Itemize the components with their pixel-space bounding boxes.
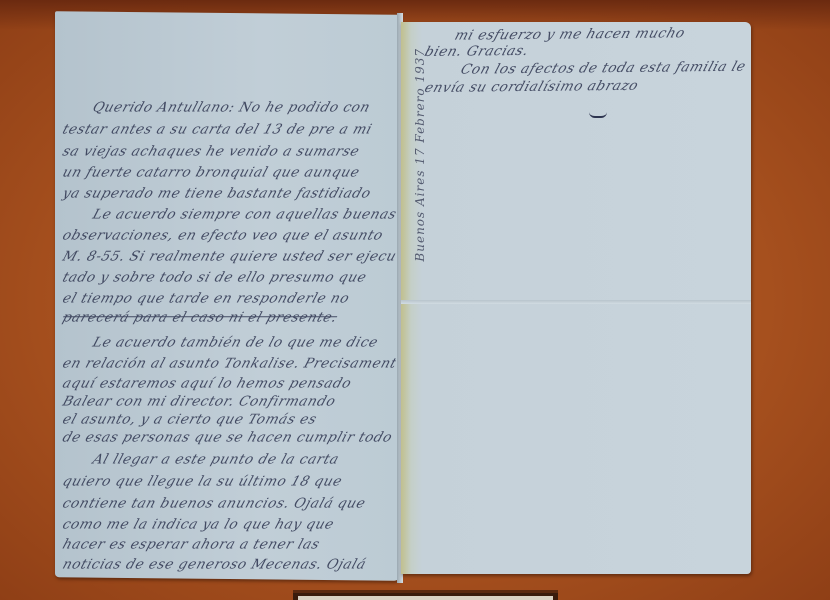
handwritten-line: ya superado me tiene bastante fastidiado [60,185,397,201]
handwritten-line: M. 8-55. Si realmente quiere usted ser e… [60,248,397,264]
handwritten-line: de esas personas que se hacen cumplir to… [60,429,397,445]
handwritten-line: como me la indica ya lo que hay que [60,516,397,532]
handwritten-line: noticias de ese generoso Mecenas. Ojalá [60,556,397,572]
vertical-date-annotation: Buenos Aires 17 Febrero 1937 [413,48,427,262]
gutter-stain [401,22,411,574]
handwritten-line: sa viejas achaques he venido a sumarse [60,143,397,159]
handwritten-line: el asunto, y a cierto que Tomás es [60,411,397,427]
handwritten-line: Querido Antullano: No he podido con [60,99,397,115]
handwritten-line: contiene tan buenos anuncios. Ojalá que [60,495,397,511]
handwritten-line: envía su cordialísimo abrazo [422,77,748,96]
handwritten-line: Le acuerdo siempre con aquellas buenas [60,206,397,222]
letter-right-page: Buenos Aires 17 Febrero 1937 mi esfuerzo… [401,22,751,574]
paper-fold-line [401,300,751,304]
handwritten-line: Con los afectos de toda esta familia le [428,59,748,78]
handwritten-line: testar antes a su carta del 13 de pre a … [60,121,397,137]
handwritten-line: quiero que llegue la su último 18 que [60,473,397,489]
placard-label [298,596,553,600]
handwritten-line-struck: parecerá para el caso ni el presente. [60,309,397,325]
handwritten-line: tado y sobre todo si de ello presumo que [60,269,397,285]
handwritten-line: un fuerte catarro bronquial que aunque [60,164,397,180]
handwritten-line: Balear con mi director. Confirmando [60,393,397,409]
handwritten-line: en relación al asunto Tonkalise. Precisa… [60,355,397,371]
handwritten-line: bien. Gracias. [422,41,748,60]
handwritten-line: Le acuerdo también de lo que me dice [60,334,397,350]
handwritten-line: observaciones, en efecto veo que el asun… [60,227,397,243]
display-placard [293,590,558,600]
signature-flourish [589,112,607,118]
handwritten-line: hacer es esperar ahora a tener las [60,536,397,552]
handwritten-line: Al llegar a este punto de la carta [60,451,397,467]
handwritten-line: aquí estaremos aquí lo hemos pensado [60,375,397,391]
handwritten-line: el tiempo que tarde en responderle no [60,290,397,306]
letter-left-page: Querido Antullano: No he podido con test… [55,11,400,581]
